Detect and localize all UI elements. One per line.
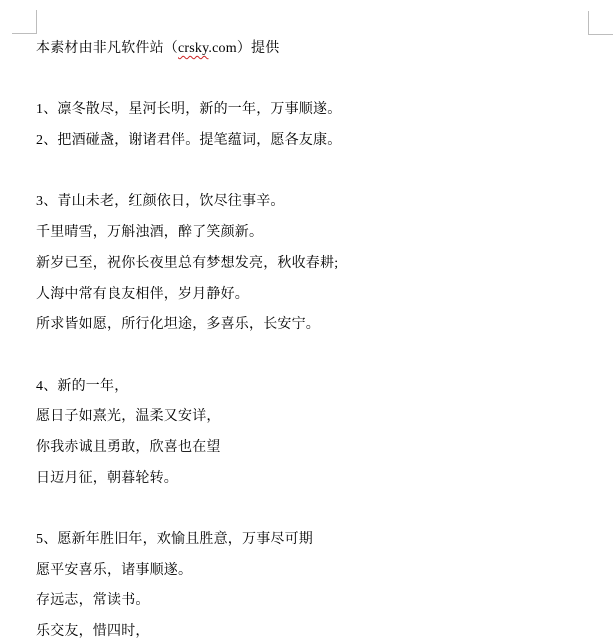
paragraph-line-15-clipped: 乐交友，惜四时， bbox=[36, 617, 588, 642]
credit-suffix: .com）提供 bbox=[208, 41, 279, 56]
paragraph-line-2: 2、把酒碰盏，谢诸君伴。提笔蕴词，愿各友康。 bbox=[36, 126, 588, 157]
paragraph-line-1: 1、凛冬散尽，星河长明，新的一年，万事顺遂。 bbox=[36, 95, 588, 126]
paragraph-line-13: 愿平安喜乐，诸事顺遂。 bbox=[36, 556, 588, 587]
paragraph-line-4: 千里晴雪，万斛浊酒，醉了笑颜新。 bbox=[36, 218, 588, 249]
paragraph-line-12: 5、愿新年胜旧年，欢愉且胜意，万事尽可期 bbox=[36, 525, 588, 556]
paragraph-line-6: 人海中常有良友相伴，岁月静好。 bbox=[36, 280, 588, 311]
paragraph-line-3: 3、青山未老，红颜依日，饮尽往事辛。 bbox=[36, 187, 588, 218]
paragraph-line-10: 你我赤诚且勇敢，欣喜也在望 bbox=[36, 433, 588, 464]
blank-line bbox=[36, 157, 588, 188]
credit-prefix: 本素材由非凡软件站（ bbox=[36, 41, 178, 56]
margin-crop-mark-top-right-vertical bbox=[588, 11, 589, 34]
paragraph-line-14: 存远志，常读书。 bbox=[36, 586, 588, 617]
spellcheck-underlined-word: crsky bbox=[178, 41, 208, 56]
line-source-credit: 本素材由非凡软件站（crsky.com）提供 bbox=[36, 34, 588, 65]
paragraph-line-8: 4、新的一年， bbox=[36, 372, 588, 403]
blank-line bbox=[36, 65, 588, 96]
document-page[interactable]: 本素材由非凡软件站（crsky.com）提供 1、凛冬散尽，星河长明，新的一年，… bbox=[0, 0, 616, 642]
document-text-area[interactable]: 本素材由非凡软件站（crsky.com）提供 1、凛冬散尽，星河长明，新的一年，… bbox=[36, 34, 588, 642]
paragraph-line-5: 新岁已至，祝你长夜里总有梦想发亮，秋收春耕; bbox=[36, 249, 588, 280]
paragraph-line-7: 所求皆如愿，所行化坦途，多喜乐，长安宁。 bbox=[36, 310, 588, 341]
margin-crop-mark-top-left-vertical bbox=[36, 10, 37, 33]
blank-line bbox=[36, 494, 588, 525]
margin-crop-mark-top-right-horizontal bbox=[588, 34, 613, 35]
margin-crop-mark-top-left-horizontal bbox=[12, 33, 37, 34]
paragraph-line-9: 愿日子如熹光，温柔又安详， bbox=[36, 402, 588, 433]
blank-line bbox=[36, 341, 588, 372]
paragraph-line-11: 日迈月征，朝暮轮转。 bbox=[36, 464, 588, 495]
